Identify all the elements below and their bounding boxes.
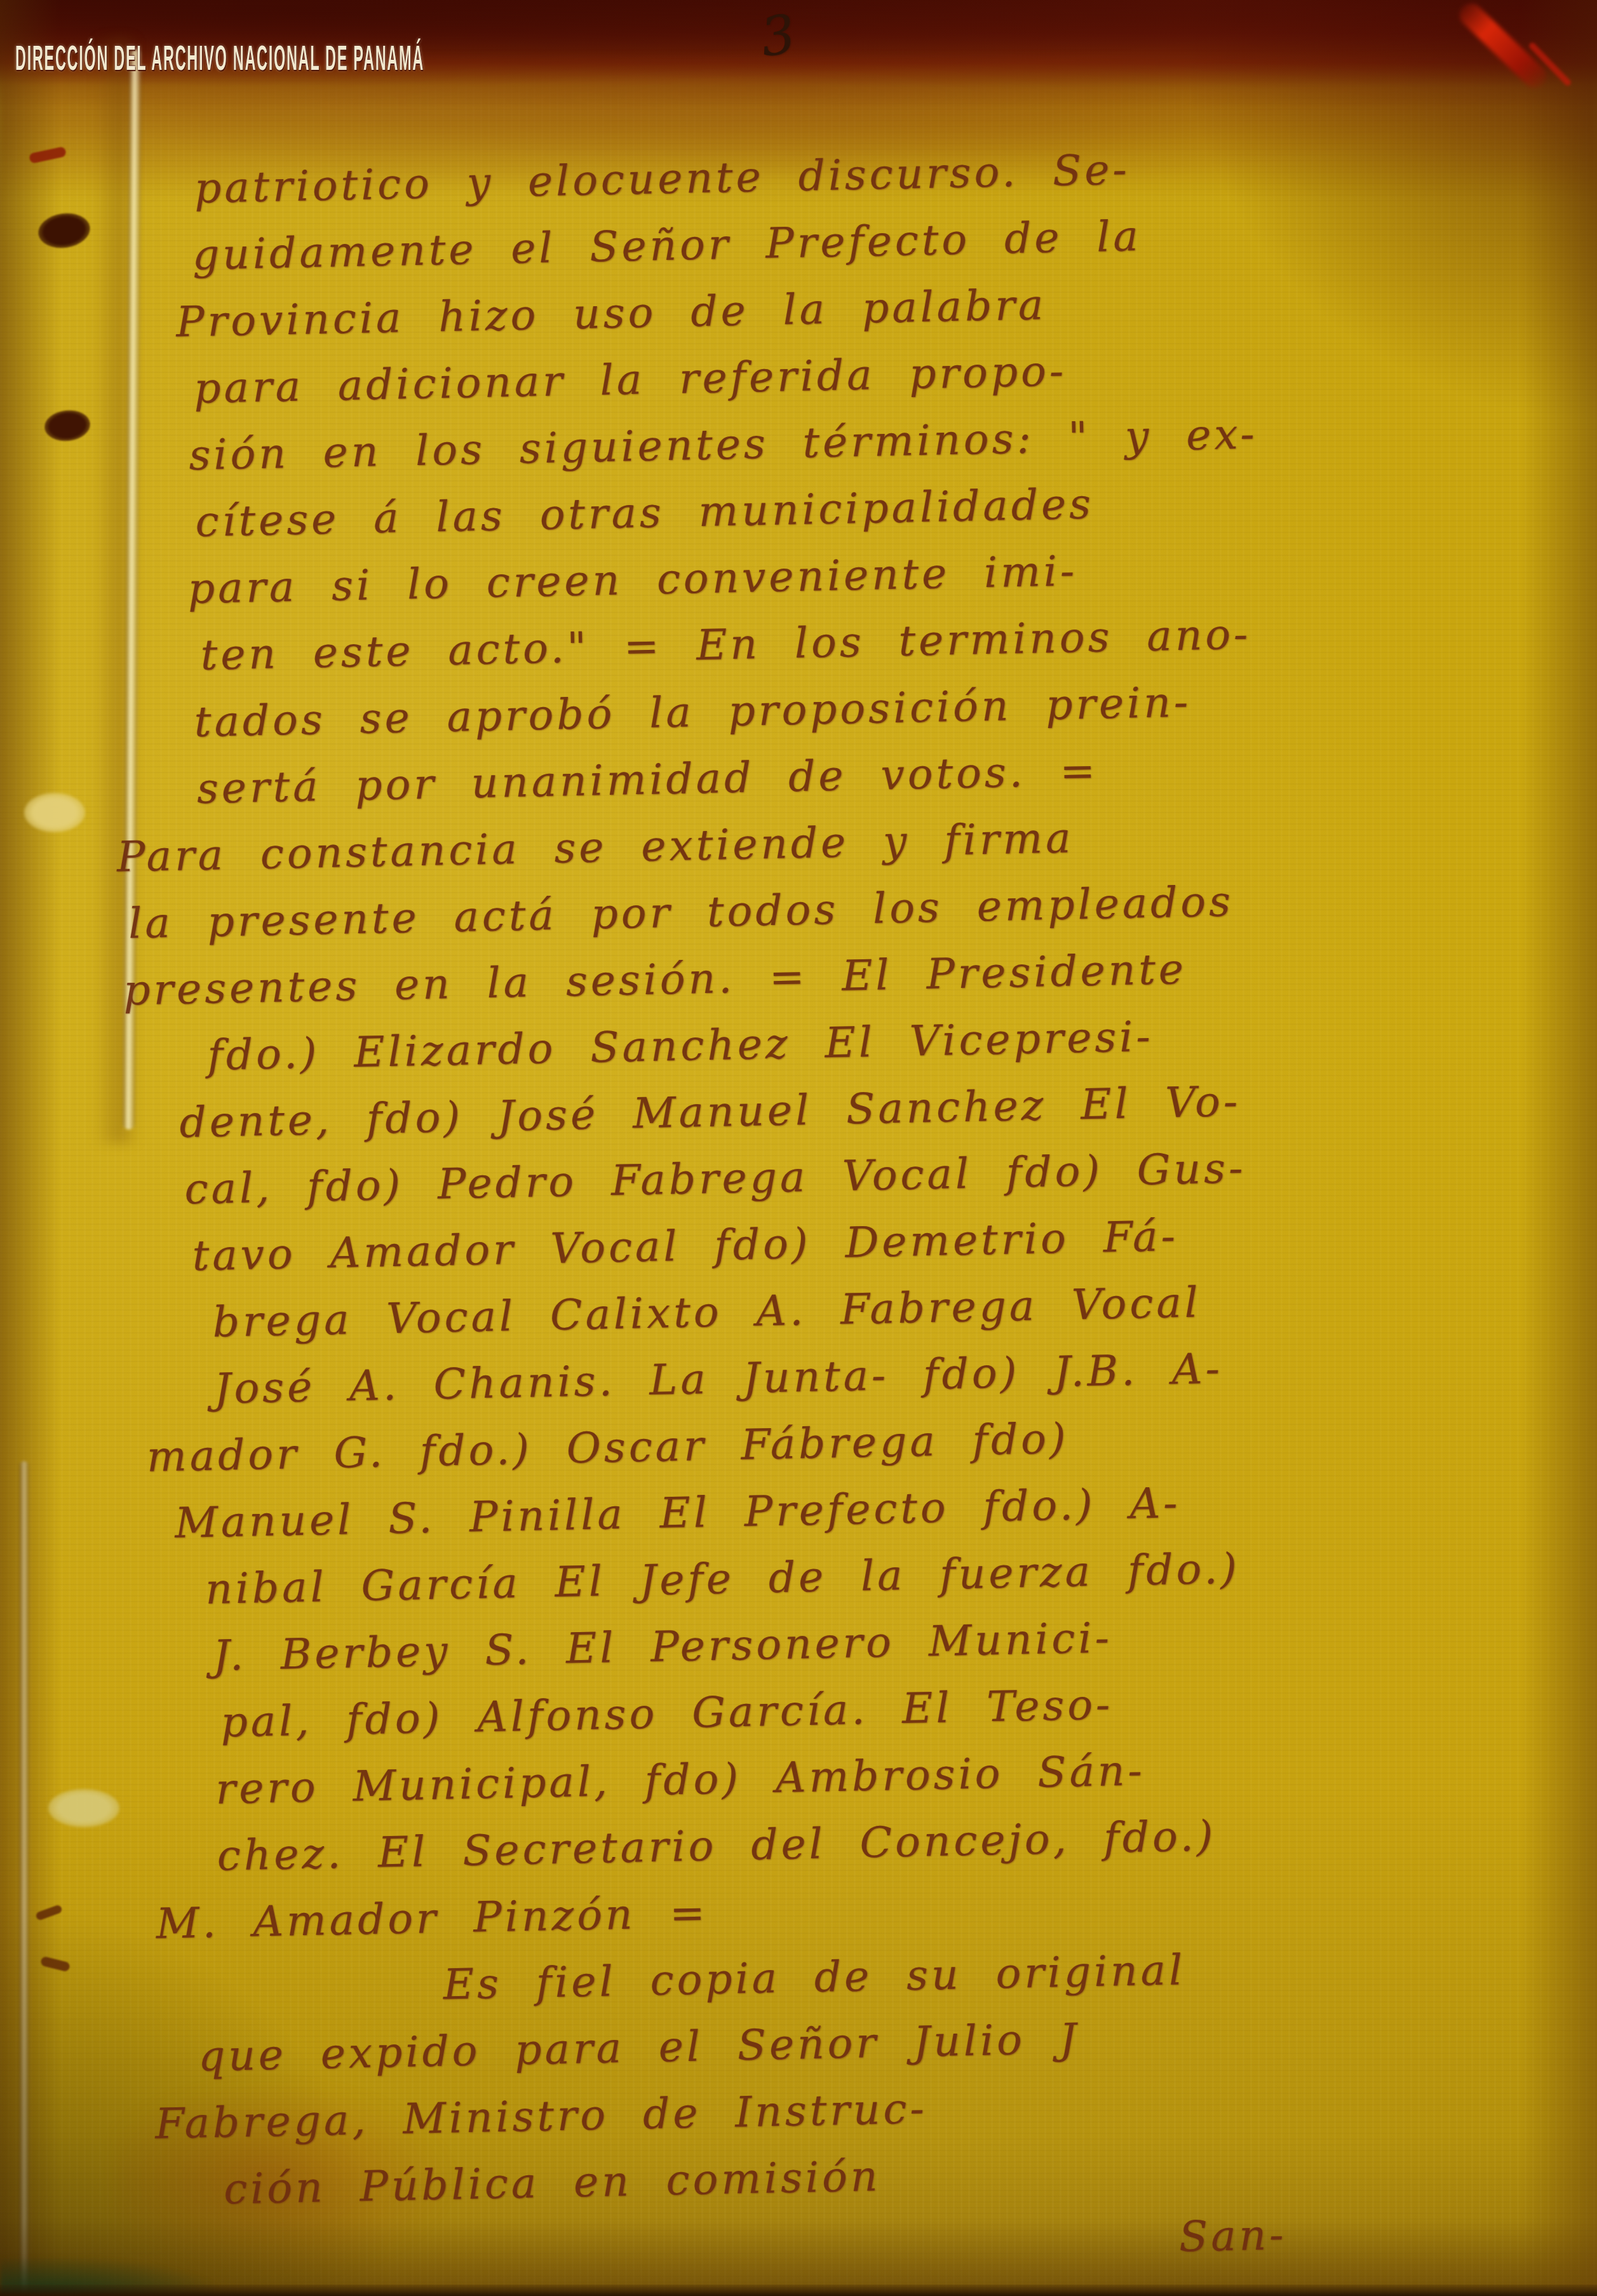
archive-watermark-stamp: DIRECCIÓN DEL ARCHIVO NACIONAL DE PANAMÁ [15, 37, 424, 78]
red-crayon-stain [1455, 0, 1551, 93]
manuscript-catchword: San- [1178, 2194, 1597, 2271]
page-number: 3 [757, 7, 798, 65]
archival-document-page: DIRECCIÓN DEL ARCHIVO NACIONAL DE PANAMÁ… [0, 0, 1597, 2296]
red-crayon-stain-tail [1528, 41, 1572, 87]
fold-crease-lower [19, 1461, 29, 2293]
manuscript-text-block: patriotico y elocuente discurso. Se- gui… [0, 127, 1597, 2293]
